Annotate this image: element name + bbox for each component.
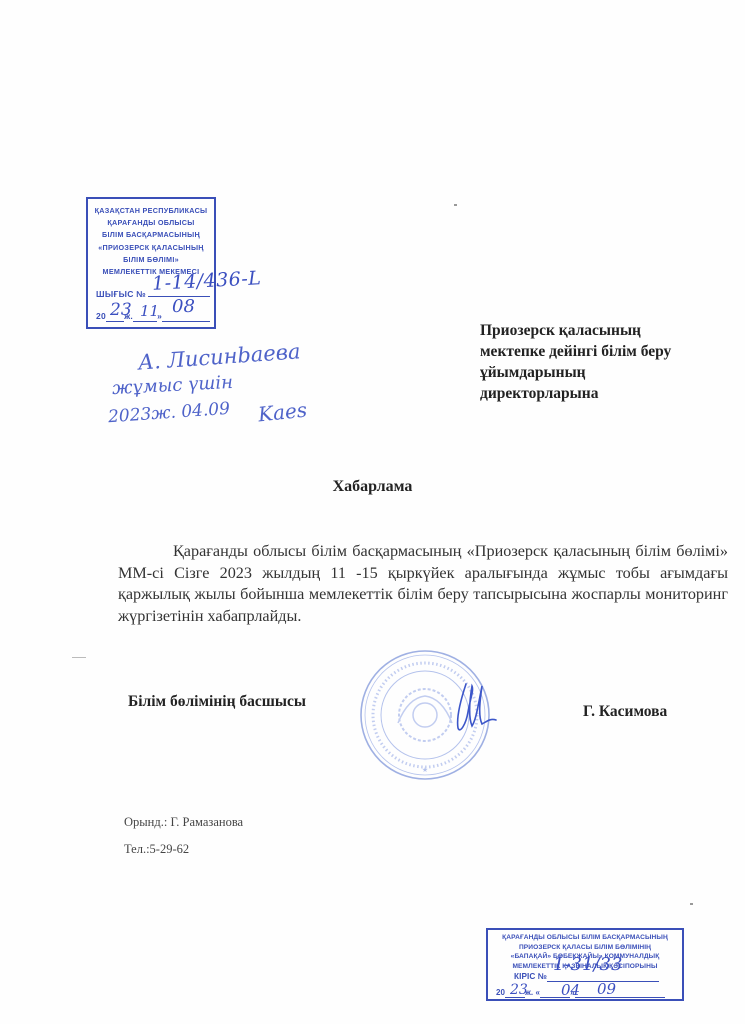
document-body: Қарағанды облысы білім басқармасының «Пр… xyxy=(118,541,728,627)
handwritten-month: 08 xyxy=(172,296,195,317)
handwritten-resolution: А. Лисинbaeва жұмыс үшін 2023ж. 04.09 Ka… xyxy=(108,345,338,440)
handwritten-month: 09 xyxy=(597,980,616,998)
scan-speck xyxy=(454,204,457,206)
stamp-line: ҚАРАҒАНДЫ ОБЛЫСЫ xyxy=(88,217,214,229)
date-prefix: 20 xyxy=(496,988,505,997)
resolution-line: 2023ж. 04.09 xyxy=(107,399,230,427)
stamp-line: «ПРИОЗЕРСК ҚАЛАСЫНЫҢ xyxy=(88,242,214,254)
incoming-number-label: КІРІС № xyxy=(514,972,547,981)
resolution-line: жұмыс үшін xyxy=(112,372,234,399)
stamp-line: ҚАРАҒАНДЫ ОБЛЫСЫ БІЛІМ БАСҚАРМАСЫНЫҢ xyxy=(488,933,682,943)
resolution-signature: Kaes xyxy=(257,398,308,427)
handwritten-year: 23 xyxy=(510,982,528,998)
body-paragraph: Қарағанды облысы білім басқармасының «Пр… xyxy=(118,541,728,627)
document-title: Хабарлама xyxy=(0,478,745,496)
outgoing-number-label: ШЫҒЫС № xyxy=(96,289,146,299)
scan-speck xyxy=(72,657,86,658)
document-page: ҚАЗАҚСТАН РЕСПУБЛИКАСЫ ҚАРАҒАНДЫ ОБЛЫСЫ … xyxy=(0,0,745,1024)
handwritten-year: 23 xyxy=(110,300,132,320)
executor-phone: Тел.:5-29-62 xyxy=(124,842,189,857)
stamp-line: БІЛІМ БӨЛІМІ» xyxy=(88,254,214,266)
executor-name: Орынд.: Г. Рамазанова xyxy=(124,815,243,830)
underline xyxy=(575,988,665,998)
addressee-line: директорларына xyxy=(480,383,720,404)
signatory-name: Г. Касимова xyxy=(583,703,667,721)
svg-text:★: ★ xyxy=(422,766,428,774)
addressee-block: Приозерск қаласының мектепке дейінгі біл… xyxy=(480,320,720,404)
addressee-line: мектепке дейінгі білім беру xyxy=(480,341,720,362)
addressee-line: ұйымдарының xyxy=(480,362,720,383)
signatory-position: Білім бөлімінің басшысы xyxy=(128,693,306,711)
stamp-line: БІЛІМ БАСҚАРМАСЫНЫҢ xyxy=(88,229,214,241)
handwritten-signature xyxy=(452,676,497,736)
date-prefix: 20 xyxy=(96,311,106,321)
handwritten-incoming-number: 1-31/33 xyxy=(553,954,622,975)
handwritten-day: 04 xyxy=(561,981,580,999)
resolution-line: А. Лисинbaeва xyxy=(137,339,301,374)
handwritten-day: 11 xyxy=(140,302,159,320)
scan-speck xyxy=(690,903,693,905)
stamp-line: ҚАЗАҚСТАН РЕСПУБЛИКАСЫ xyxy=(88,205,214,217)
addressee-line: Приозерск қаласының xyxy=(480,320,720,341)
stamp-line: ПРИОЗЕРСК ҚАЛАСЫ БІЛІМ БӨЛІМІНІҢ xyxy=(488,943,682,953)
